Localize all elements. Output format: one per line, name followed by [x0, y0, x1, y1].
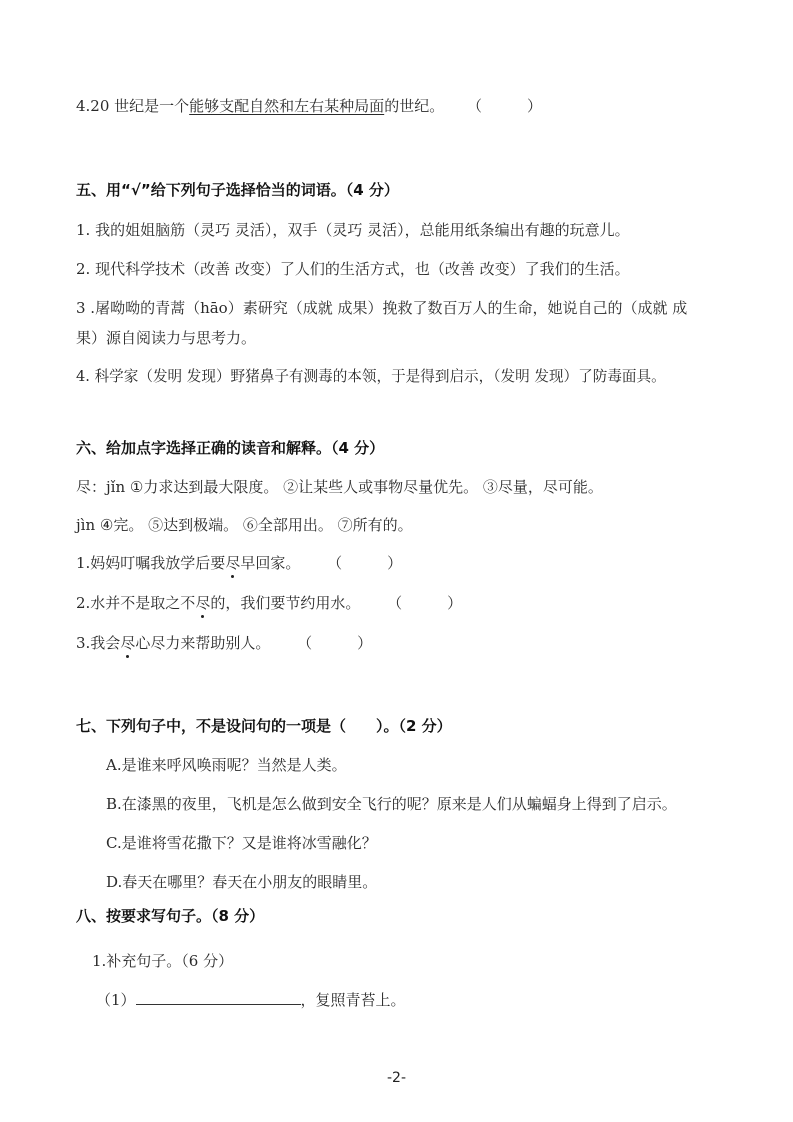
dotted-char: 尽 — [195, 593, 210, 613]
section7-option-d: D.春天在哪里？春天在小朋友的眼睛里。 — [106, 872, 377, 892]
q4-suffix: 的世纪。 — [384, 97, 444, 115]
section6-item-2: 2.水并不是取之不尽的，我们要节约用水。 （ ） — [76, 593, 462, 613]
item-text-before: 3.我会 — [76, 634, 120, 652]
page-number: -2- — [0, 1070, 793, 1086]
item-text-after: 的，我们要节约用水。 — [210, 594, 360, 612]
dotted-char: 尽 — [225, 553, 240, 573]
answer-blank[interactable]: （ ） — [327, 553, 402, 573]
section6-title: 六、给加点字选择正确的读音和解释。（4 分） — [76, 438, 384, 458]
section5-item-3-cont: 果）源自阅读力与思考力。 — [76, 328, 256, 348]
section8-title: 八、按要求写句子。（8 分） — [76, 906, 264, 926]
section6-item-1: 1.妈妈叮嘱我放学后要尽早回家。 （ ） — [76, 553, 402, 573]
section5-title: 五、用“√”给下列句子选择恰当的词语。（4 分） — [76, 180, 399, 200]
item-text-before: 2.水并不是取之不 — [76, 594, 195, 612]
section8-sub1-title: 1.补充句子。（6 分） — [92, 951, 233, 971]
q4-prefix: 4.20 世纪是一个 — [76, 97, 189, 115]
item-text-before: 1.妈妈叮嘱我放学后要 — [76, 554, 225, 572]
answer-blank[interactable]: （ ） — [387, 593, 462, 613]
q4-item: 4.20 世纪是一个能够支配自然和左右某种局面的世纪。 （ ） — [76, 96, 542, 116]
section5-item-3: 3 .屠呦呦的青蒿（hāo）素研究（成就 成果）挽救了数百万人的生命，她说自己的… — [76, 298, 687, 318]
q4-answer-blank[interactable]: （ ） — [467, 96, 542, 116]
section5-item-2: 2. 现代科学技术（改善 改变）了人们的生活方式，也（改善 改变）了我们的生活。 — [76, 259, 630, 279]
section8-item-1: （1），复照青苔上。 — [96, 990, 406, 1010]
q4-underlined-phrase: 能够支配自然和左右某种局面 — [189, 97, 384, 115]
section6-definitions-line2: jìn ④完。 ⑤达到极端。 ⑥全部用出。 ⑦所有的。 — [76, 515, 413, 535]
section5-item-1: 1. 我的姐姐脑筋（灵巧 灵活），双手（灵巧 灵活），总能用纸条编出有趣的玩意儿… — [76, 220, 630, 240]
section7-option-a: A.是谁来呼风唤雨呢？当然是人类。 — [106, 755, 347, 775]
section7-option-b: B.在漆黑的夜里，飞机是怎么做到安全飞行的呢？原来是人们从蝙蝠身上得到了启示。 — [106, 794, 677, 814]
dotted-char: 尽 — [120, 633, 135, 653]
item-number: （1） — [96, 991, 136, 1009]
section5-item-4: 4. 科学家（发明 发现）野猪鼻子有测毒的本领，于是得到启示，（发明 发现）了防… — [76, 367, 666, 387]
fill-in-blank[interactable] — [136, 990, 301, 1005]
item-suffix: ，复照青苔上。 — [301, 991, 406, 1009]
section7-option-c: C.是谁将雪花撒下？又是谁将冰雪融化？ — [106, 833, 377, 853]
answer-blank[interactable]: （ ） — [297, 633, 372, 653]
section7-title: 七、下列句子中，不是设问句的一项是（ ）。（2 分） — [76, 716, 452, 736]
item-text-after: 早回家。 — [240, 554, 300, 572]
item-text-after: 心尽力来帮助别人。 — [135, 634, 270, 652]
section6-definitions-line1: 尽：jǐn ①力求达到最大限度。 ②让某些人或事物尽量优先。 ③尽量，尽可能。 — [76, 477, 603, 497]
section6-item-3: 3.我会尽心尽力来帮助别人。 （ ） — [76, 633, 372, 653]
